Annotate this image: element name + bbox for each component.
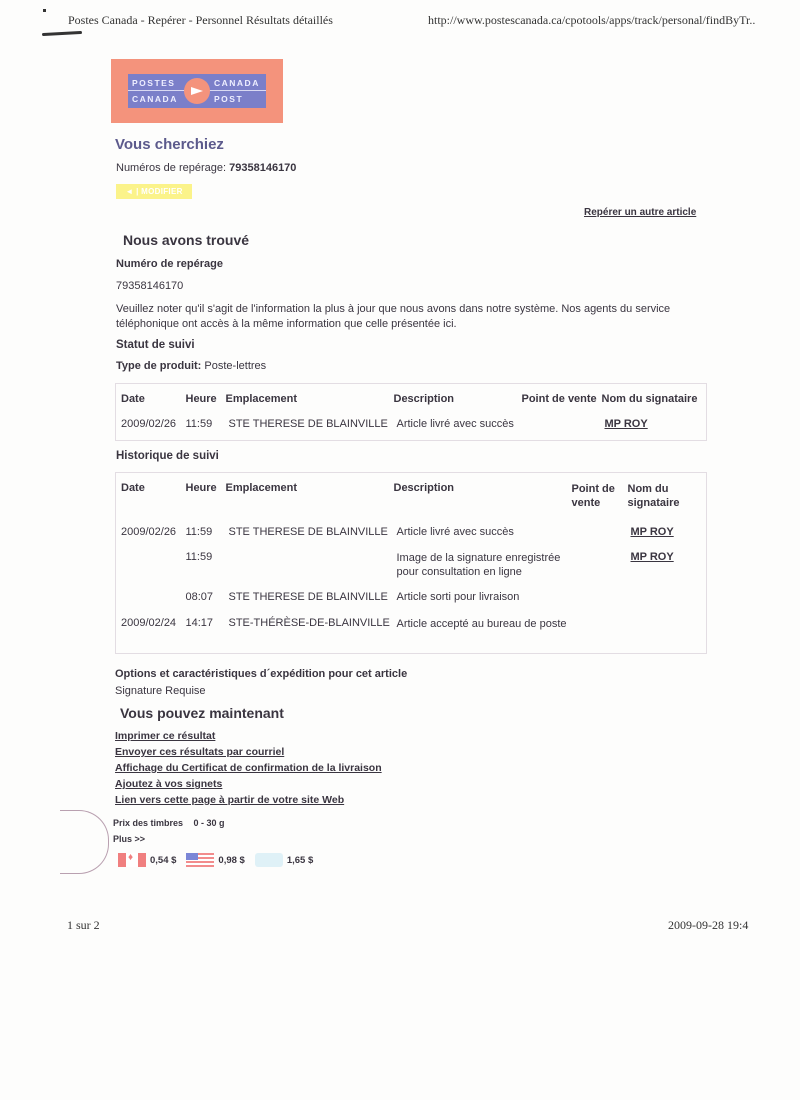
- page-number: 1 sur 2: [67, 918, 100, 933]
- logo-text: CANADA: [214, 78, 260, 88]
- col-sales-point: Point de vente: [522, 384, 602, 418]
- post-eagle-icon: [184, 78, 210, 104]
- cell-sales-point: [572, 585, 628, 611]
- signatory-link[interactable]: MP ROY: [605, 418, 648, 430]
- canada-flag-icon: [118, 853, 146, 867]
- pen-mark: [42, 31, 82, 36]
- cell-time: 11:59: [186, 545, 226, 585]
- col-location: Emplacement: [226, 473, 394, 519]
- cell-date: [116, 585, 186, 611]
- tracking-number-label: Numéro de repérage: [116, 258, 223, 270]
- modify-button[interactable]: ◄ | MODIFIER: [116, 184, 192, 199]
- email-results-link[interactable]: Envoyer ces résultats par courriel: [115, 744, 382, 760]
- search-tracking-line: Numéros de repérage: 79358146170: [116, 162, 296, 174]
- col-time: Heure: [186, 473, 226, 519]
- table-row: 2009/02/24 14:17 STE-THÉRÈSE-DE-BLAINVIL…: [116, 611, 707, 654]
- cell-description: Article sorti pour livraison: [394, 585, 572, 611]
- print-result-link[interactable]: Imprimer ce résultat: [115, 728, 382, 744]
- col-signatory: Nom du signataire: [602, 384, 707, 418]
- track-another-link[interactable]: Repérer un autre article: [584, 207, 696, 218]
- col-sales-point: Point de vente: [572, 473, 628, 519]
- col-signatory: Nom du signataire: [628, 473, 707, 519]
- delivery-certificate-link[interactable]: Affichage du Certificat de confirmation …: [115, 760, 382, 776]
- price-usa: 0,98 $: [218, 855, 244, 866]
- cell-signatory: [628, 611, 707, 654]
- stamp-price-list: 0,54 $ 0,98 $ 1,65 $: [118, 853, 323, 867]
- tracking-number: 79358146170: [116, 280, 183, 292]
- signatory-link[interactable]: MP ROY: [631, 526, 674, 538]
- price-international: 1,65 $: [287, 855, 313, 866]
- col-date: Date: [116, 473, 186, 519]
- search-heading: Vous cherchiez: [115, 136, 224, 153]
- stamp-prices-label: Prix des timbres: [113, 818, 183, 828]
- actions-list: Imprimer ce résultat Envoyer ces résulta…: [115, 728, 382, 808]
- found-heading: Nous avons trouvé: [123, 232, 249, 248]
- stamp-prices: Prix des timbres 0 - 30 g: [113, 818, 225, 828]
- stamp-weight: 0 - 30 g: [194, 818, 225, 828]
- cell-date: 2009/02/26: [116, 519, 186, 545]
- logo-text: POST: [214, 94, 243, 104]
- link-to-page-link[interactable]: Lien vers cette page à partir de votre s…: [115, 792, 382, 808]
- actions-heading: Vous pouvez maintenant: [120, 705, 284, 721]
- cell-description: Article accepté au bureau de poste: [394, 611, 572, 654]
- status-table: Date Heure Emplacement Description Point…: [115, 383, 707, 441]
- cell-location: [226, 545, 394, 585]
- history-table: Date Heure Emplacement Description Point…: [115, 472, 707, 654]
- cell-time: 11:59: [186, 418, 226, 441]
- cell-date: 2009/02/26: [116, 418, 186, 441]
- col-description: Description: [394, 473, 572, 519]
- table-row: 2009/02/26 11:59 STE THERESE DE BLAINVIL…: [116, 519, 707, 545]
- table-row: 08:07 STE THERESE DE BLAINVILLE Article …: [116, 585, 707, 611]
- col-description: Description: [394, 384, 522, 418]
- international-icon: [255, 853, 283, 867]
- product-type: Type de produit: Poste-lettres: [116, 360, 266, 372]
- search-tracking-label: Numéros de repérage:: [116, 162, 226, 174]
- options-heading: Options et caractéristiques d´expédition…: [115, 668, 407, 680]
- logo-text: CANADA: [132, 94, 178, 104]
- table-row: 11:59 Image de la signature enregistrée …: [116, 545, 707, 585]
- cell-description: Image de la signature enregistrée pour c…: [394, 545, 572, 585]
- cell-location: STE THERESE DE BLAINVILLE: [226, 418, 394, 441]
- canada-post-logo[interactable]: POSTES CANADA CANADA POST: [111, 59, 283, 123]
- cell-description: Article livré avec succès: [394, 519, 572, 545]
- add-bookmark-link[interactable]: Ajoutez à vos signets: [115, 776, 382, 792]
- cell-sales-point: [572, 519, 628, 545]
- cell-time: 08:07: [186, 585, 226, 611]
- search-tracking-number: 79358146170: [229, 162, 296, 174]
- logo-text: POSTES: [132, 78, 175, 88]
- cell-date: [116, 545, 186, 585]
- pen-mark: [60, 810, 109, 874]
- cell-location: STE THERESE DE BLAINVILLE: [226, 585, 394, 611]
- print-header-title: Postes Canada - Repérer - Personnel Résu…: [68, 13, 333, 28]
- col-location: Emplacement: [226, 384, 394, 418]
- cell-location: STE THERESE DE BLAINVILLE: [226, 519, 394, 545]
- print-datetime: 2009-09-28 19:4: [668, 918, 748, 933]
- price-canada: 0,54 $: [150, 855, 176, 866]
- col-time: Heure: [186, 384, 226, 418]
- cell-signatory: [628, 585, 707, 611]
- signatory-link[interactable]: MP ROY: [631, 551, 674, 563]
- notice-text: Veuillez noter qu'il s'agit de l'informa…: [116, 302, 676, 332]
- col-date: Date: [116, 384, 186, 418]
- cell-time: 11:59: [186, 519, 226, 545]
- cell-sales-point: [572, 545, 628, 585]
- more-prices-link[interactable]: Plus >>: [113, 834, 145, 844]
- status-heading: Statut de suivi: [116, 339, 195, 351]
- cell-sales-point: [572, 611, 628, 654]
- cell-description: Article livré avec succès: [394, 418, 522, 441]
- usa-flag-icon: [186, 853, 214, 867]
- cell-time: 14:17: [186, 611, 226, 654]
- cell-sales-point: [522, 418, 602, 441]
- options-value: Signature Requise: [115, 685, 206, 697]
- table-row: 2009/02/26 11:59 STE THERESE DE BLAINVIL…: [116, 418, 707, 441]
- pen-mark: [43, 9, 46, 12]
- product-type-label: Type de produit:: [116, 360, 201, 372]
- cell-date: 2009/02/24: [116, 611, 186, 654]
- cell-location: STE-THÉRÈSE-DE-BLAINVILLE: [226, 611, 394, 654]
- print-header-url: http://www.postescanada.ca/cpotools/apps…: [428, 13, 755, 28]
- product-type-value: Poste-lettres: [204, 360, 266, 372]
- history-heading: Historique de suivi: [116, 450, 219, 462]
